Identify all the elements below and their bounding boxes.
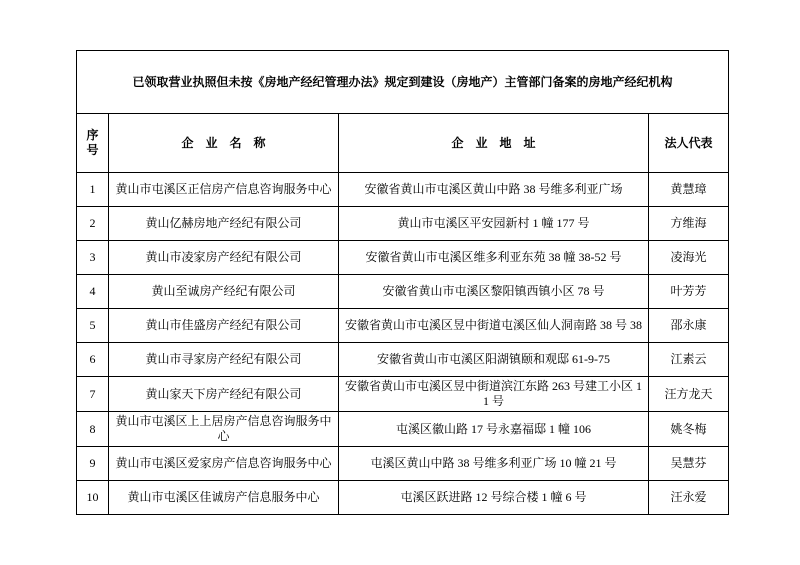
table-row: 5 黄山市佳盛房产经纪有限公司 安徽省黄山市屯溪区昱中街道屯溪区仙人洞南路 38… — [77, 309, 729, 343]
cell-enterprise-name: 黄山市凌家房产经纪有限公司 — [109, 241, 339, 275]
cell-serial-number: 2 — [77, 207, 109, 241]
cell-enterprise-name: 黄山市佳盛房产经纪有限公司 — [109, 309, 339, 343]
cell-legal-representative: 凌海光 — [649, 241, 729, 275]
cell-serial-number: 1 — [77, 173, 109, 207]
cell-legal-representative: 黄慧璋 — [649, 173, 729, 207]
header-enterprise-address: 企 业 地 址 — [339, 114, 649, 173]
header-serial-number: 序号 — [77, 114, 109, 173]
cell-enterprise-name: 黄山市屯溪区正信房产信息咨询服务中心 — [109, 173, 339, 207]
cell-enterprise-address: 安徽省黄山市屯溪区阳湖镇颐和观邸 61-9-75 — [339, 343, 649, 377]
table-body: 1 黄山市屯溪区正信房产信息咨询服务中心 安徽省黄山市屯溪区黄山中路 38 号维… — [77, 173, 729, 515]
cell-enterprise-name: 黄山市屯溪区佳诚房产信息服务中心 — [109, 481, 339, 515]
cell-enterprise-address: 安徽省黄山市屯溪区黎阳镇西镇小区 78 号 — [339, 275, 649, 309]
cell-serial-number: 4 — [77, 275, 109, 309]
brokerage-agencies-table: 已领取营业执照但未按《房地产经纪管理办法》规定到建设（房地产）主管部门备案的房地… — [76, 50, 729, 515]
cell-serial-number: 8 — [77, 412, 109, 447]
cell-enterprise-address: 屯溪区徽山路 17 号永嘉福邸 1 幢 106 — [339, 412, 649, 447]
header-legal-representative: 法人代表 — [649, 114, 729, 173]
cell-enterprise-address: 安徽省黄山市屯溪区昱中街道屯溪区仙人洞南路 38 号 38 — [339, 309, 649, 343]
cell-enterprise-address: 黄山市屯溪区平安园新村 1 幢 177 号 — [339, 207, 649, 241]
cell-enterprise-name: 黄山家天下房产经纪有限公司 — [109, 377, 339, 412]
table-row: 3 黄山市凌家房产经纪有限公司 安徽省黄山市屯溪区维多利亚东苑 38 幢 38-… — [77, 241, 729, 275]
table-row: 4 黄山至诚房产经纪有限公司 安徽省黄山市屯溪区黎阳镇西镇小区 78 号 叶芳芳 — [77, 275, 729, 309]
cell-enterprise-name: 黄山亿赫房地产经纪有限公司 — [109, 207, 339, 241]
document-page: 已领取营业执照但未按《房地产经纪管理办法》规定到建设（房地产）主管部门备案的房地… — [0, 0, 800, 565]
cell-enterprise-name: 黄山至诚房产经纪有限公司 — [109, 275, 339, 309]
cell-enterprise-address: 安徽省黄山市屯溪区昱中街道滨江东路 263 号建工小区 11 号 — [339, 377, 649, 412]
table-row: 6 黄山市寻家房产经纪有限公司 安徽省黄山市屯溪区阳湖镇颐和观邸 61-9-75… — [77, 343, 729, 377]
table-row: 8 黄山市屯溪区上上居房产信息咨询服务中心 屯溪区徽山路 17 号永嘉福邸 1 … — [77, 412, 729, 447]
table-row: 1 黄山市屯溪区正信房产信息咨询服务中心 安徽省黄山市屯溪区黄山中路 38 号维… — [77, 173, 729, 207]
cell-enterprise-name: 黄山市寻家房产经纪有限公司 — [109, 343, 339, 377]
cell-enterprise-address: 屯溪区黄山中路 38 号维多利亚广场 10 幢 21 号 — [339, 447, 649, 481]
cell-legal-representative: 姚冬梅 — [649, 412, 729, 447]
table-row: 9 黄山市屯溪区爱家房产信息咨询服务中心 屯溪区黄山中路 38 号维多利亚广场 … — [77, 447, 729, 481]
cell-serial-number: 9 — [77, 447, 109, 481]
cell-legal-representative: 邵永康 — [649, 309, 729, 343]
table-title: 已领取营业执照但未按《房地产经纪管理办法》规定到建设（房地产）主管部门备案的房地… — [77, 51, 729, 114]
cell-serial-number: 7 — [77, 377, 109, 412]
cell-legal-representative: 叶芳芳 — [649, 275, 729, 309]
table-row: 7 黄山家天下房产经纪有限公司 安徽省黄山市屯溪区昱中街道滨江东路 263 号建… — [77, 377, 729, 412]
header-enterprise-name: 企 业 名 称 — [109, 114, 339, 173]
table-row: 10 黄山市屯溪区佳诚房产信息服务中心 屯溪区跃进路 12 号综合楼 1 幢 6… — [77, 481, 729, 515]
cell-serial-number: 6 — [77, 343, 109, 377]
cell-enterprise-name: 黄山市屯溪区爱家房产信息咨询服务中心 — [109, 447, 339, 481]
cell-serial-number: 5 — [77, 309, 109, 343]
cell-legal-representative: 汪永爱 — [649, 481, 729, 515]
cell-enterprise-address: 安徽省黄山市屯溪区维多利亚东苑 38 幢 38-52 号 — [339, 241, 649, 275]
cell-legal-representative: 吴慧芬 — [649, 447, 729, 481]
cell-serial-number: 10 — [77, 481, 109, 515]
cell-enterprise-address: 屯溪区跃进路 12 号综合楼 1 幢 6 号 — [339, 481, 649, 515]
table-row: 2 黄山亿赫房地产经纪有限公司 黄山市屯溪区平安园新村 1 幢 177 号 方维… — [77, 207, 729, 241]
table-header-row: 序号 企 业 名 称 企 业 地 址 法人代表 — [77, 114, 729, 173]
cell-legal-representative: 江素云 — [649, 343, 729, 377]
cell-legal-representative: 汪方龙天 — [649, 377, 729, 412]
table-title-row: 已领取营业执照但未按《房地产经纪管理办法》规定到建设（房地产）主管部门备案的房地… — [77, 51, 729, 114]
cell-enterprise-address: 安徽省黄山市屯溪区黄山中路 38 号维多利亚广场 — [339, 173, 649, 207]
cell-legal-representative: 方维海 — [649, 207, 729, 241]
cell-enterprise-name: 黄山市屯溪区上上居房产信息咨询服务中心 — [109, 412, 339, 447]
cell-serial-number: 3 — [77, 241, 109, 275]
